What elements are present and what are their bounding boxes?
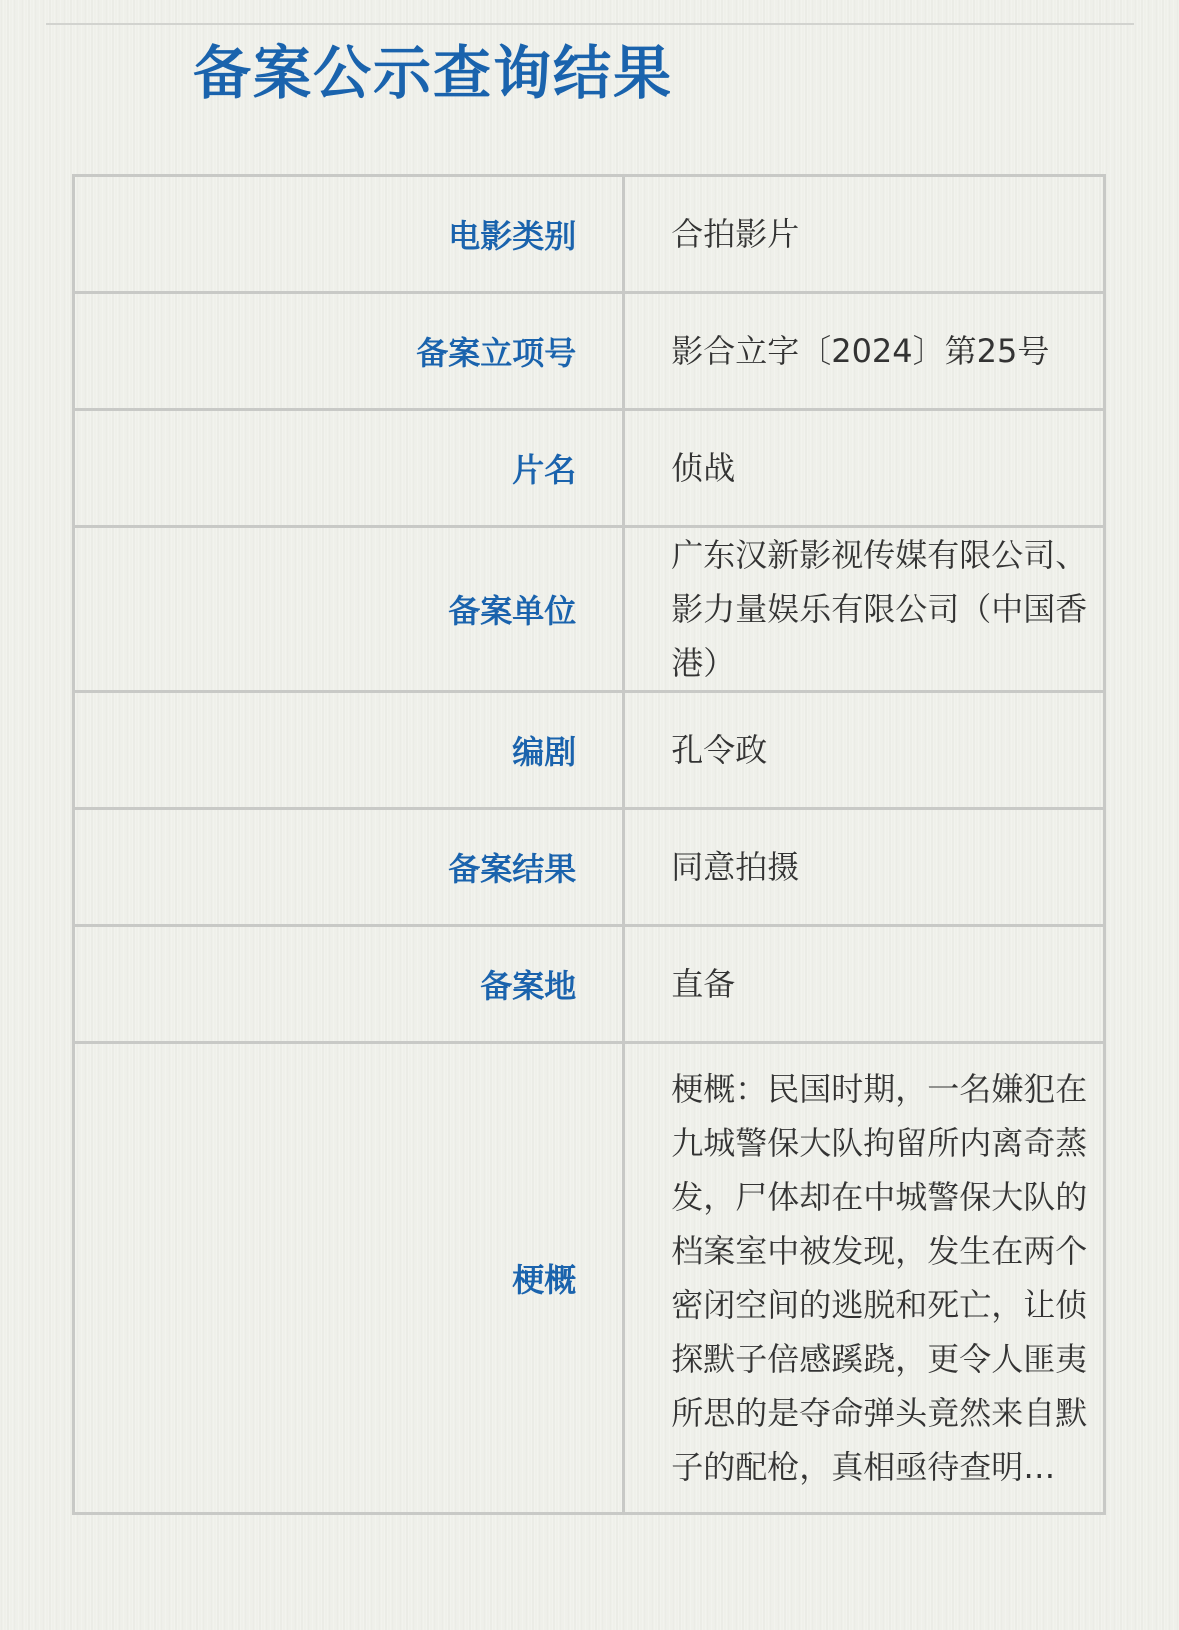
value-text: 广东汉新影视传媒有限公司、影力量娱乐有限公司（中国香港） xyxy=(671,528,1091,690)
table-row-filing-unit: 备案单位 广东汉新影视传媒有限公司、影力量娱乐有限公司（中国香港） xyxy=(74,527,1105,692)
record-table: 电影类别 合拍影片 备案立项号 影合立字〔2024〕第25号 片名 侦战 备案单… xyxy=(72,174,1106,1515)
table-row-film-category: 电影类别 合拍影片 xyxy=(74,176,1105,293)
value-text: 同意拍摄 xyxy=(671,840,1091,894)
table-row-filing-location: 备案地 直备 xyxy=(74,926,1105,1043)
table-row-filing-result: 备案结果 同意拍摄 xyxy=(74,809,1105,926)
label-filing-location: 备案地 xyxy=(74,926,624,1043)
value-filing-result: 同意拍摄 xyxy=(624,809,1105,926)
label-film-title: 片名 xyxy=(74,410,624,527)
value-screenwriter: 孔令政 xyxy=(624,692,1105,809)
value-text: 合拍影片 xyxy=(671,207,1091,261)
top-divider xyxy=(46,23,1134,25)
value-project-number: 影合立字〔2024〕第25号 xyxy=(624,293,1105,410)
value-text: 影合立字〔2024〕第25号 xyxy=(671,324,1091,378)
label-filing-unit: 备案单位 xyxy=(74,527,624,692)
value-synopsis: 梗概：民国时期，一名嫌犯在九城警保大队拘留所内离奇蒸发，尸体却在中城警保大队的档… xyxy=(624,1043,1105,1514)
table-row-film-title: 片名 侦战 xyxy=(74,410,1105,527)
table-row-screenwriter: 编剧 孔令政 xyxy=(74,692,1105,809)
label-film-category: 电影类别 xyxy=(74,176,624,293)
table-row-project-number: 备案立项号 影合立字〔2024〕第25号 xyxy=(74,293,1105,410)
value-text: 梗概：民国时期，一名嫌犯在九城警保大队拘留所内离奇蒸发，尸体却在中城警保大队的档… xyxy=(671,1062,1091,1494)
label-screenwriter: 编剧 xyxy=(74,692,624,809)
value-film-title: 侦战 xyxy=(624,410,1105,527)
label-filing-result: 备案结果 xyxy=(74,809,624,926)
table-row-synopsis: 梗概 梗概：民国时期，一名嫌犯在九城警保大队拘留所内离奇蒸发，尸体却在中城警保大… xyxy=(74,1043,1105,1514)
value-text: 直备 xyxy=(671,957,1091,1011)
value-film-category: 合拍影片 xyxy=(624,176,1105,293)
page-title: 备案公示查询结果 xyxy=(193,38,673,108)
value-filing-unit: 广东汉新影视传媒有限公司、影力量娱乐有限公司（中国香港） xyxy=(624,527,1105,692)
value-text: 侦战 xyxy=(671,441,1091,495)
value-filing-location: 直备 xyxy=(624,926,1105,1043)
value-text: 孔令政 xyxy=(671,723,1091,777)
label-synopsis: 梗概 xyxy=(74,1043,624,1514)
label-project-number: 备案立项号 xyxy=(74,293,624,410)
